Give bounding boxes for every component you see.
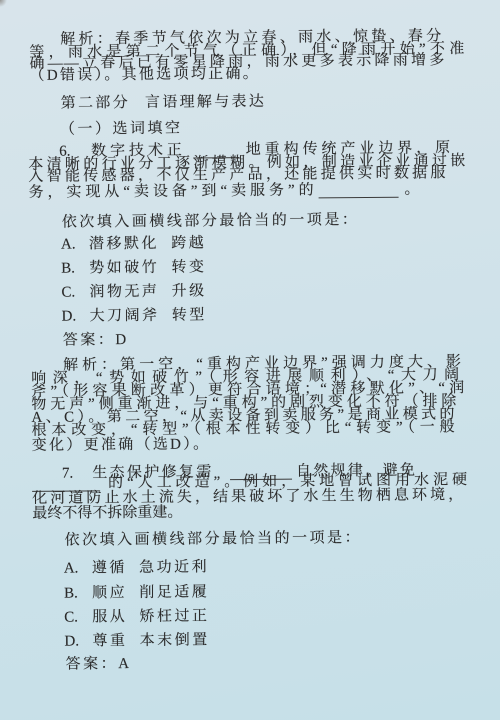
- question-stem-line: 务，实现从“卖设备”到“卖服务”的。: [28, 182, 420, 201]
- option-label: A.: [64, 560, 92, 576]
- answer-line: 答案：A: [66, 656, 132, 673]
- answer-value: D: [115, 332, 128, 348]
- explanation-line: 变化）更准确（选D）。: [32, 436, 211, 454]
- printed-text-layer: 解析：春季节气依次为立春、雨水、惊蛰、春分 等，雨水是第二个节气（正确），但“降…: [0, 0, 500, 720]
- option-a: A.潜移默化 跨越: [61, 235, 206, 252]
- option-label: B.: [61, 260, 89, 276]
- section-heading: （一）选词填空: [60, 121, 183, 138]
- stem-text: 。: [401, 182, 420, 198]
- option-label: B.: [64, 585, 92, 601]
- answer-line: 答案：D: [63, 332, 129, 349]
- option-c: C.服从 矫枉过正: [64, 608, 209, 625]
- part-heading: 第二部分 言语理解与表达: [61, 94, 266, 112]
- question-prompt: 依次填入画横线部分最恰当的一项是：: [62, 212, 360, 231]
- option-text: 尊重 本末倒置: [92, 632, 209, 649]
- option-text: 遵循 急功近利: [92, 559, 209, 576]
- previous-explanation: 解析：春季节气依次为立春、雨水、惊蛰、春分 等，雨水是第二个节气（正确），但“降…: [0, 0, 497, 2]
- option-label: C.: [61, 284, 89, 300]
- document-page: 解析：春季节气依次为立春、雨水、惊蛰、春分 等，雨水是第二个节气（正确），但“降…: [0, 0, 500, 720]
- option-label: A.: [61, 236, 89, 252]
- question-stem-line: 化河道防止水土流失，结果破坏了水生生物栖息环境，: [32, 487, 464, 507]
- question-6: 6.数字技术正地重构传统产业边界，原 本清晰的行业分工逐渐模糊。例如，制造业企业…: [0, 0, 497, 2]
- stem-text: 务，实现从“卖设备”到“卖服务”的: [28, 182, 317, 201]
- option-text: 顺应 削足适履: [92, 584, 209, 601]
- option-text: 润物无声 升级: [89, 283, 206, 300]
- fill-in-blank: [318, 182, 398, 199]
- option-b: B.势如破竹 转变: [61, 259, 206, 276]
- stem-text: 化河道防止水土流失，结果破坏了水生生物栖息环境，: [32, 487, 464, 507]
- option-text: 势如破竹 转变: [89, 259, 206, 276]
- option-label: C.: [64, 609, 92, 625]
- option-a: A.遵循 急功近利: [64, 559, 209, 576]
- stem-text: 最终不得不拆除重建。: [32, 505, 182, 522]
- option-text: 潜移默化 跨越: [89, 235, 206, 252]
- option-d: D.大刀阔斧 转型: [62, 307, 207, 324]
- answer-label: 答案：: [66, 656, 119, 672]
- explanation-line: （D错误）。其他选项均正确。: [29, 66, 260, 84]
- question-stem-line: 最终不得不拆除重建。: [32, 505, 182, 522]
- option-d: D.尊重 本末倒置: [64, 632, 209, 649]
- explanation-line: 根本改变，“转型”（根本性转变）比“转变”（一般: [32, 419, 456, 439]
- answer-label: 答案：: [63, 332, 116, 348]
- option-label: D.: [62, 308, 90, 324]
- option-text: 大刀阔斧 转型: [90, 307, 207, 324]
- question-6-explanation: 解析：第一空，“重构产业边界”强调力度大、影 响深，“势如破竹”（形容进展顺利）…: [0, 0, 497, 2]
- option-c: C.润物无声 升级: [61, 283, 206, 300]
- option-text: 服从 矫枉过正: [92, 608, 209, 625]
- question-prompt: 依次填入画横线部分最恰当的一项是：: [64, 530, 362, 549]
- option-b: B.顺应 削足适履: [64, 584, 209, 601]
- question-7: 7.生态保护修复需自然规律，避免 的“人工改造”。例如，某地曾试图用水泥硬 化河…: [0, 0, 497, 2]
- answer-value: A: [118, 656, 131, 672]
- option-label: D.: [64, 633, 92, 649]
